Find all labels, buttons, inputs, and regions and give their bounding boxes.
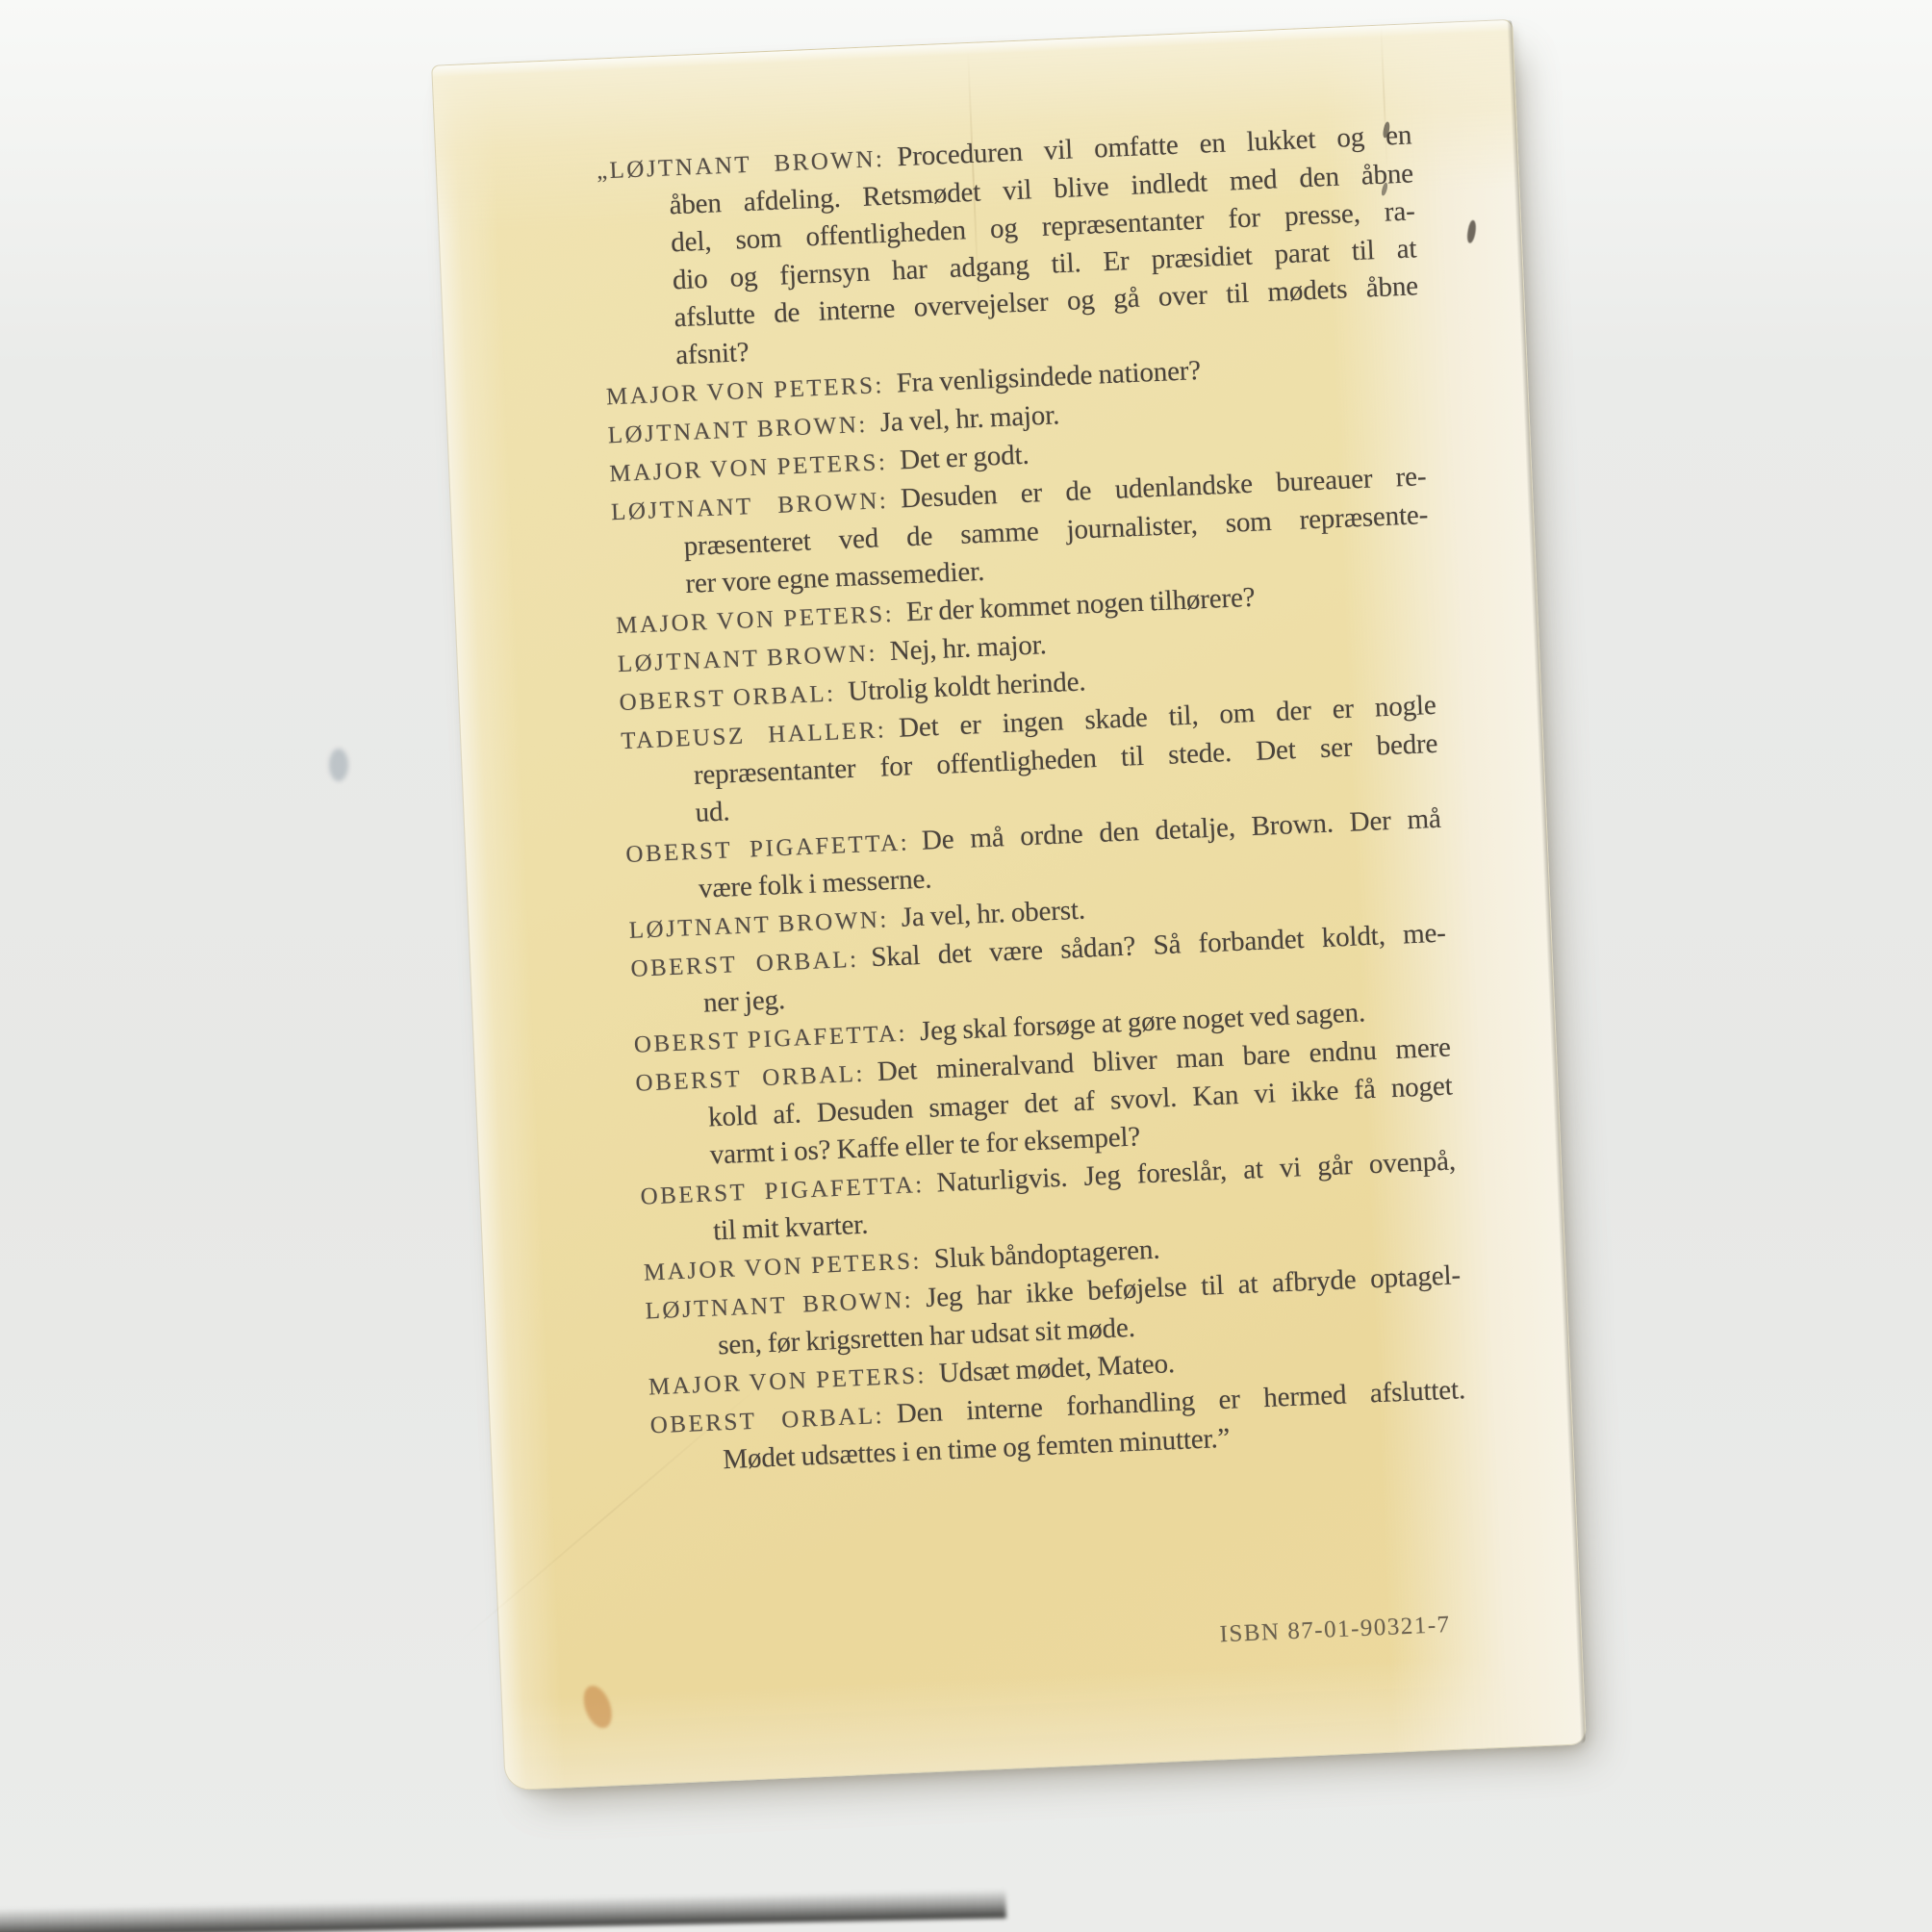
speaker-label: OBERST ORBAL: [630, 947, 859, 982]
speaker-label: OBERST ORBAL: [635, 1061, 865, 1097]
speaker-label: OBERST ORBAL: [619, 681, 836, 717]
book-cover: „LØJTNANT BROWN:Proceduren vil omfatte e… [431, 19, 1587, 1791]
speaker-label: LØJTNANT BROWN: [628, 906, 889, 944]
line-text: Det er godt. [900, 440, 1030, 476]
speaker-label: LØJTNANT BROWN: [607, 412, 868, 449]
speaker-label: OBERST ORBAL: [649, 1403, 884, 1438]
paper-mark-rust [578, 1682, 617, 1732]
line-text: Nej, hr. major. [889, 629, 1047, 667]
dialogue-entry: „LØJTNANT BROWN:Proceduren vil omfatte e… [596, 116, 1420, 377]
speaker-label: OBERST PIGAFETTA: [633, 1021, 907, 1058]
line-text: Sluk båndoptageren. [933, 1234, 1160, 1275]
speaker-label: MAJOR VON PETERS: [605, 372, 884, 410]
speaker-label: LØJTNANT BROWN: [617, 641, 877, 678]
speaker-label: MAJOR VON PETERS: [643, 1248, 922, 1285]
isbn-text: ISBN 87-01-90321-7 [1219, 1612, 1451, 1648]
speaker-label: „LØJTNANT BROWN: [596, 146, 885, 185]
line-text: Ja vel, hr. oberst. [901, 895, 1085, 933]
speaker-label: MAJOR VON PETERS: [616, 601, 895, 639]
speaker-label: OBERST PIGAFETTA: [625, 829, 910, 868]
line-text: Ja vel, hr. major. [879, 399, 1060, 438]
paper-mark-comma [1466, 219, 1478, 243]
line-text: Utrolig koldt herinde. [848, 666, 1086, 707]
speaker-label: MAJOR VON PETERS: [648, 1362, 928, 1400]
dialogue-block: „LØJTNANT BROWN:Proceduren vil omfatte e… [596, 116, 1467, 1482]
photo-of-book-back-cover: „LØJTNANT BROWN:Proceduren vil omfatte e… [0, 0, 1932, 1932]
speaker-label: OBERST PIGAFETTA: [640, 1172, 925, 1210]
photo-shadow-edge [0, 1890, 1006, 1932]
line-text: Udsæt mødet, Mateo. [938, 1348, 1175, 1388]
speaker-label: LØJTNANT BROWN: [645, 1287, 914, 1325]
background-smudge [329, 749, 348, 781]
speaker-label: LØJTNANT BROWN: [611, 488, 889, 525]
speaker-label: MAJOR VON PETERS: [609, 449, 888, 487]
speaker-label: TADEUSZ HALLER: [621, 717, 887, 754]
